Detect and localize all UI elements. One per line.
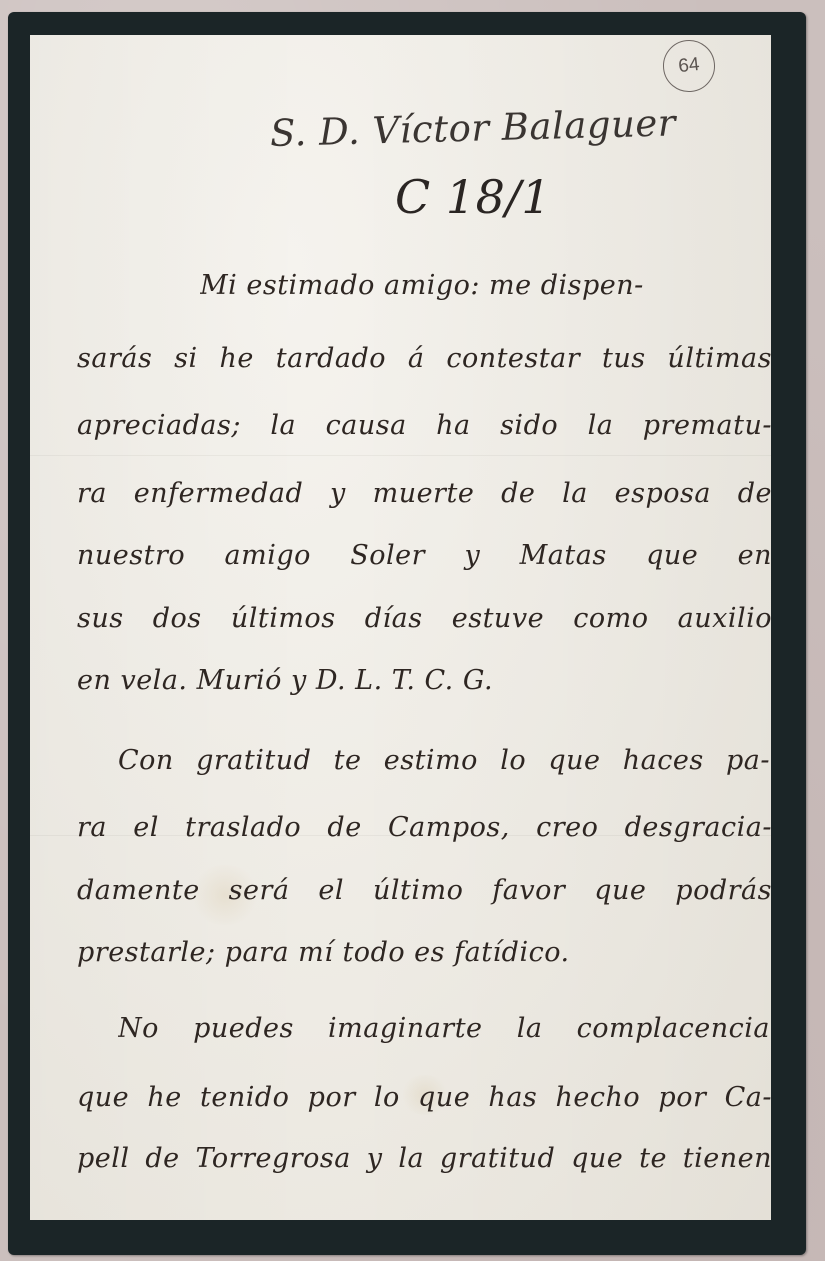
letter-line: Mi estimado amigo: me dispen- xyxy=(200,270,770,301)
folio-number-text: 64 xyxy=(677,54,700,78)
letter-line: prestarle; para mí todo es fatídico. xyxy=(77,937,772,968)
letter-line: nuestro amigo Soler y Matas que en xyxy=(77,540,772,571)
letter-line: damente será el último favor que podrás xyxy=(77,875,772,906)
letter-line: sarás si he tardado á contestar tus últi… xyxy=(77,343,772,374)
letter-line: ra enfermedad y muerte de la esposa de xyxy=(77,478,772,509)
letter-line: en vela. Murió y D. L. T. C. G. xyxy=(77,665,772,696)
letter-line: apreciadas; la causa ha sido la prematu- xyxy=(77,410,772,441)
letter-line: No puedes imaginarte la complacencia xyxy=(118,1013,770,1044)
letter-line: ra el traslado de Campos, creo desgracia… xyxy=(77,812,772,843)
paper-crease xyxy=(30,455,771,456)
letter-line: que he tenido por lo que has hecho por C… xyxy=(77,1082,772,1113)
date-mark: C 18/1 xyxy=(395,170,551,224)
letter-line: pell de Torregrosa y la gratitud que te … xyxy=(77,1143,772,1174)
letter-line: Con gratitud te estimo lo que haces pa- xyxy=(118,745,770,776)
letter-line: sus dos últimos días estuve como auxilio xyxy=(77,603,772,634)
